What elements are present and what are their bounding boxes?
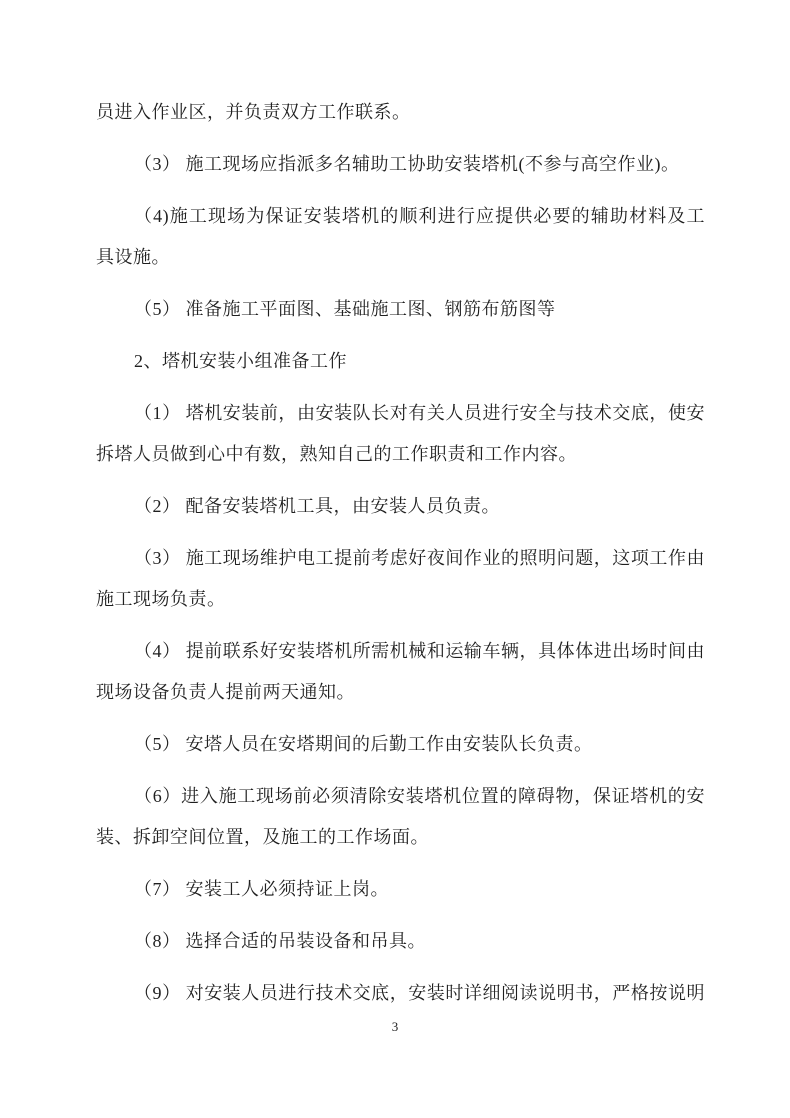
paragraph: （4)施工现场为保证安装塔机的顺利进行应提供必要的辅助材料及工 具设施。 [96, 196, 705, 278]
paragraph-line: 具设施。 [96, 237, 705, 278]
paragraph: （9） 对安装人员进行技术交底，安装时详细阅读说明书，严格按说明 [96, 973, 705, 1014]
paragraph-line: （3） 施工现场维护电工提前考虑好夜间作业的照明问题，这项工作由 [96, 538, 705, 579]
paragraph-line: （3） 施工现场应指派多名辅助工协助安装塔机(不参与高空作业)。 [96, 144, 705, 185]
paragraph-line: （4)施工现场为保证安装塔机的顺利进行应提供必要的辅助材料及工 [96, 196, 705, 237]
paragraph-line: （5） 安塔人员在安塔期间的后勤工作由安装队长负责。 [96, 724, 705, 765]
paragraph: （1） 塔机安装前，由安装队长对有关人员进行安全与技术交底，使安 拆塔人员做到心… [96, 393, 705, 475]
paragraph-line: 装、拆卸空间位置，及施工的工作场面。 [96, 817, 705, 858]
paragraph-line: （7） 安装工人必须持证上岗。 [96, 869, 705, 910]
section-heading: 2、塔机安装小组准备工作 [96, 341, 705, 382]
paragraph: 员进入作业区，并负责双方工作联系。 [96, 92, 705, 133]
paragraph: （5） 准备施工平面图、基础施工图、钢筋布筋图等 [96, 289, 705, 330]
paragraph-line: （1） 塔机安装前，由安装队长对有关人员进行安全与技术交底，使安 [96, 393, 705, 434]
paragraph: （2） 配备安装塔机工具，由安装人员负责。 [96, 486, 705, 527]
paragraph-line: （4） 提前联系好安装塔机所需机械和运输车辆，具体体进出场时间由 [96, 631, 705, 672]
paragraph-line: （9） 对安装人员进行技术交底，安装时详细阅读说明书，严格按说明 [96, 973, 705, 1014]
paragraph-line: 拆塔人员做到心中有数，熟知自己的工作职责和工作内容。 [96, 434, 705, 475]
document-body: 员进入作业区，并负责双方工作联系。 （3） 施工现场应指派多名辅助工协助安装塔机… [96, 92, 705, 1025]
paragraph: （6）进入施工现场前必须清除安装塔机位置的障碍物，保证塔机的安 装、拆卸空间位置… [96, 776, 705, 858]
paragraph-line: （8） 选择合适的吊装设备和吊具。 [96, 921, 705, 962]
document-page: 员进入作业区，并负责双方工作联系。 （3） 施工现场应指派多名辅助工协助安装塔机… [0, 0, 790, 1118]
paragraph: （4） 提前联系好安装塔机所需机械和运输车辆，具体体进出场时间由 现场设备负责人… [96, 631, 705, 713]
paragraph: （5） 安塔人员在安塔期间的后勤工作由安装队长负责。 [96, 724, 705, 765]
paragraph-line: （2） 配备安装塔机工具，由安装人员负责。 [96, 486, 705, 527]
paragraph: （3） 施工现场应指派多名辅助工协助安装塔机(不参与高空作业)。 [96, 144, 705, 185]
page-number: 3 [0, 1018, 790, 1036]
paragraph: （7） 安装工人必须持证上岗。 [96, 869, 705, 910]
section-heading-line: 2、塔机安装小组准备工作 [96, 341, 705, 382]
paragraph: （8） 选择合适的吊装设备和吊具。 [96, 921, 705, 962]
paragraph-line: 员进入作业区，并负责双方工作联系。 [96, 92, 705, 133]
paragraph-line: （5） 准备施工平面图、基础施工图、钢筋布筋图等 [96, 289, 705, 330]
paragraph-line: 现场设备负责人提前两天通知。 [96, 672, 705, 713]
paragraph: （3） 施工现场维护电工提前考虑好夜间作业的照明问题，这项工作由 施工现场负责。 [96, 538, 705, 620]
paragraph-line: （6）进入施工现场前必须清除安装塔机位置的障碍物，保证塔机的安 [96, 776, 705, 817]
paragraph-line: 施工现场负责。 [96, 579, 705, 620]
